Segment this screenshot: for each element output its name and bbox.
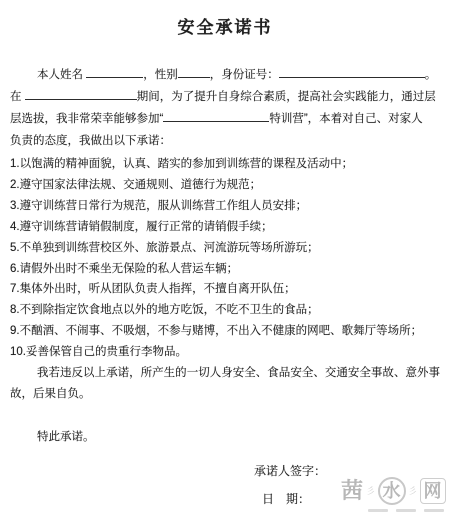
commitment-item: 8.不到除指定饮食地点以外的地方吃饭，不吃不卫生的食品； bbox=[10, 300, 440, 321]
fill-in-blank bbox=[279, 66, 425, 78]
intro-line: 层选拔，我非常荣幸能够参加“特训营”，本着对自己、对家人 bbox=[10, 108, 440, 130]
closing-paragraph: 我若违反以上承诺，所产生的一切人身安全、食品安全、交通安全事故、意外事故，后果自… bbox=[10, 363, 440, 405]
watermark-subtext-blur bbox=[341, 509, 446, 512]
intro-text: 本人姓名 bbox=[37, 69, 86, 81]
commitment-item: 10.妥善保管自己的贵重行李物品。 bbox=[10, 342, 440, 363]
intro-text: 负责的态度，我做出以下承诺： bbox=[10, 135, 171, 147]
fill-in-blank bbox=[163, 110, 269, 122]
commitment-list: 1.以饱满的精神面貌，认真、踏实的参加到训练营的课程及活动中；2.遵守国家法律法… bbox=[10, 154, 440, 363]
watermark-text: 茜 彡 水 彡 网 bbox=[341, 477, 446, 505]
intro-text: 特训营”，本着对自己、对家人 bbox=[269, 113, 422, 125]
commitment-item: 3.遵守训练营日常行为规范，服从训练营工作组人员安排； bbox=[10, 196, 440, 217]
site-watermark: 茜 彡 水 彡 网 bbox=[341, 477, 446, 512]
intro-text: 层选拔，我非常荣幸能够参加“ bbox=[10, 113, 163, 125]
fill-in-blank bbox=[25, 88, 137, 100]
intro-line: 在 期间，为了提升自身综合素质，提高社会实践能力，通过层 bbox=[10, 86, 440, 108]
commitment-item: 1.以饱满的精神面貌，认真、踏实的参加到训练营的课程及活动中； bbox=[10, 154, 440, 175]
watermark-char-3: 网 bbox=[420, 478, 446, 504]
intro-text: 。 bbox=[425, 69, 437, 81]
commitment-item: 9.不酗酒、不闹事、不吸烟，不参与赌博，不出入不健康的网吧、歌舞厅等场所； bbox=[10, 321, 440, 342]
watermark-decor-icon: 彡 bbox=[366, 477, 376, 505]
intro-text: ，身份证号： bbox=[210, 69, 279, 81]
document-title: 安全承诺书 bbox=[0, 0, 450, 38]
intro-line: 本人姓名 ，性别，身份证号：。 bbox=[10, 64, 440, 86]
watermark-decor-icon: 彡 bbox=[408, 477, 418, 505]
intro-text: 在 bbox=[10, 91, 25, 103]
fill-in-blank bbox=[86, 66, 143, 78]
intro-paragraph: 本人姓名 ，性别，身份证号：。在 期间，为了提升自身综合素质，提高社会实践能力，… bbox=[10, 64, 440, 152]
commitment-item: 5.不单独到训练营校区外、旅游景点、河流游玩等场所游玩； bbox=[10, 238, 440, 259]
commitment-item: 6.请假外出时不乘坐无保险的私人营运车辆； bbox=[10, 259, 440, 280]
fill-in-blank bbox=[178, 66, 210, 78]
commitment-letter-page: 安全承诺书 本人姓名 ，性别，身份证号：。在 期间，为了提升自身综合素质，提高社… bbox=[0, 0, 450, 522]
commitment-item: 4.遵守训练营请销假制度，履行正常的请销假手续； bbox=[10, 217, 440, 238]
hereby-statement: 特此承诺。 bbox=[10, 427, 440, 448]
commitment-item: 2.遵守国家法律法规、交通规则、道德行为规范； bbox=[10, 175, 440, 196]
document-body: 本人姓名 ，性别，身份证号：。在 期间，为了提升自身综合素质，提高社会实践能力，… bbox=[0, 64, 450, 510]
intro-text: 期间，为了提升自身综合素质，提高社会实践能力，通过层 bbox=[137, 91, 436, 103]
watermark-char-2: 水 bbox=[378, 477, 406, 505]
commitment-item: 7.集体外出时，听从团队负责人指挥，不擅自离开队伍； bbox=[10, 279, 440, 300]
watermark-char-1: 茜 bbox=[341, 477, 364, 505]
intro-line: 负责的态度，我做出以下承诺： bbox=[10, 130, 440, 152]
intro-text: ，性别 bbox=[143, 69, 178, 81]
